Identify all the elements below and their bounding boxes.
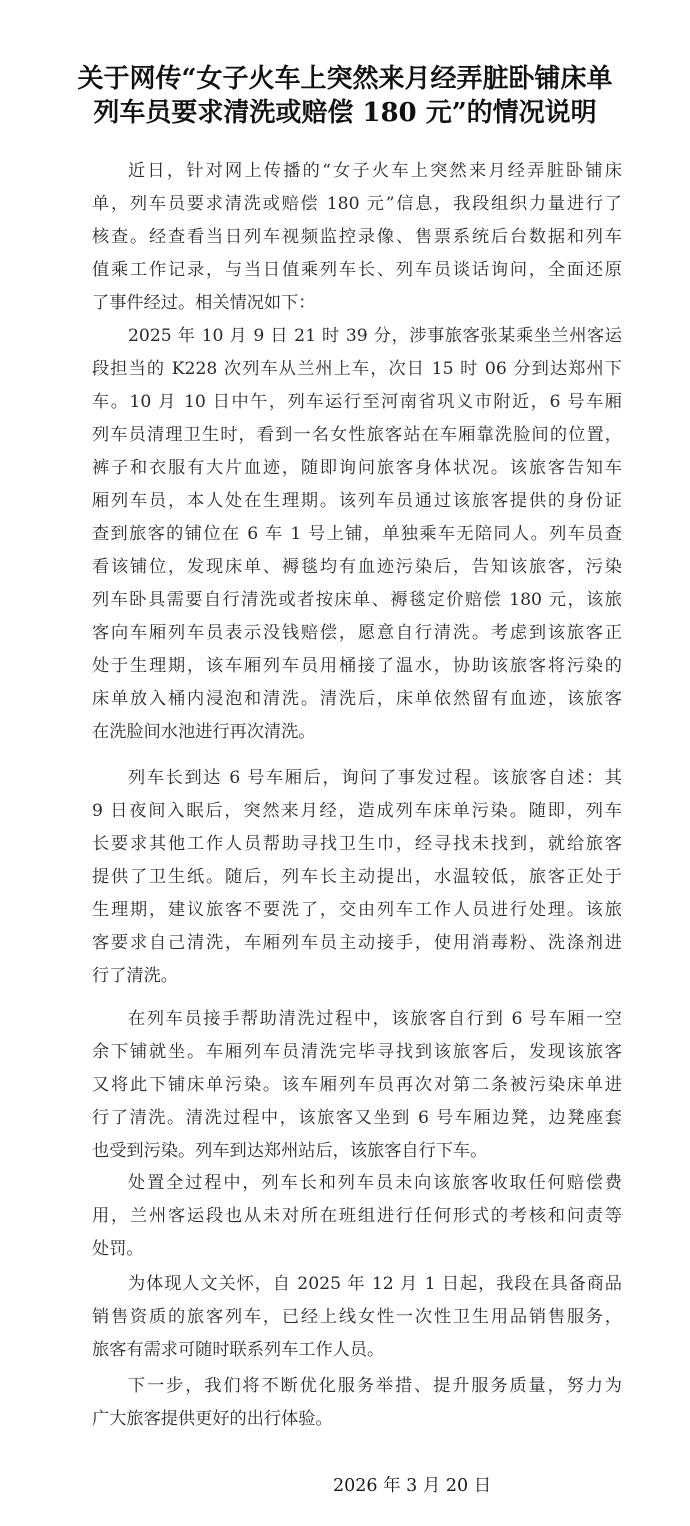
document-title-line-2: 列车员要求清洗或赔偿 180 元”的情况说明 xyxy=(0,92,690,129)
text-line: 段担当的 K228 次列车从兰州上车，次日 15 时 06 分到达郑州下 xyxy=(92,353,622,386)
text-line: 车。10 月 10 日中午，列车运行至河南省巩义市附近，6 号车厢 xyxy=(92,386,622,419)
paragraph-conductor: 列车长到达 6 号车厢后，询问了事发过程。该旅客自述：其 9 日夜间入眠后，突然… xyxy=(92,762,622,993)
text-line: 处置全过程中，列车长和列车员未向该旅客收取任何赔偿费 xyxy=(92,1167,622,1200)
text-line: 了事件经过。相关情况如下： xyxy=(92,287,622,320)
text-line: 厢列车员，本人处在生理期。该列车员通过该旅客提供的身份证 xyxy=(92,485,622,518)
text-line: 行了清洗。清洗过程中，该旅客又坐到 6 号车厢边凳，边凳座套 xyxy=(92,1102,622,1135)
text-line: 客要求自己清洗，车厢列车员主动接手，使用消毒粉、洗涤剂进 xyxy=(92,927,622,960)
text-line: 行了清洗。 xyxy=(92,960,622,993)
text-line: 广大旅客提供更好的出行体验。 xyxy=(92,1403,622,1436)
paragraph-intro: 近日，针对网上传播的“女子火车上突然来月经弄脏卧铺床 单，列车员要求清洗或赔偿 … xyxy=(92,155,622,320)
text-line: 裤子和衣服有大片血迹，随即询问旅客身体状况。该旅客告知车 xyxy=(92,452,622,485)
text-line: 下一步，我们将不断优化服务举措、提升服务质量，努力为 xyxy=(92,1370,622,1403)
text-line: 处于生理期，该车厢列车员用桶接了温水，协助该旅客将污染的 xyxy=(92,650,622,683)
paragraph-no-charge: 处置全过程中，列车长和列车员未向该旅客收取任何赔偿费 用，兰州客运段也从未对所在… xyxy=(92,1167,622,1266)
text-line: 列车卧具需要自行清洗或者按床单、褥毯定价赔偿 180 元，该旅 xyxy=(92,584,622,617)
text-line: 核查。经查看当日列车视频监控录像、售票系统后台数据和列车 xyxy=(92,221,622,254)
text-line: 2025 年 10 月 9 日 21 时 39 分，涉事旅客张某乘坐兰州客运 xyxy=(92,320,622,353)
text-line: 床单放入桶内浸泡和清洗。清洗后，床单依然留有血迹，该旅客 xyxy=(92,683,622,716)
paragraph-service: 为体现人文关怀，自 2025 年 12 月 1 日起，我段在具备商品 销售资质的… xyxy=(92,1268,622,1367)
paragraph-incident: 2025 年 10 月 9 日 21 时 39 分，涉事旅客张某乘坐兰州客运 段… xyxy=(92,320,622,749)
text-line: 长要求其他工作人员帮助寻找卫生巾，经寻找未找到，就给旅客 xyxy=(92,828,622,861)
text-line: 余下铺就坐。车厢列车员清洗完毕寻找到该旅客后，发现该旅客 xyxy=(92,1036,622,1069)
text-line: 列车员清理卫生时，看到一名女性旅客站在车厢靠洗脸间的位置， xyxy=(92,419,622,452)
text-line: 提供了卫生纸。随后，列车长主动提出，水温较低，旅客正处于 xyxy=(92,861,622,894)
document-date: 2026 年 3 月 20 日 xyxy=(333,1472,491,1497)
text-line: 处罚。 xyxy=(92,1233,622,1266)
paragraph-next-step: 下一步，我们将不断优化服务举措、提升服务质量，努力为 广大旅客提供更好的出行体验… xyxy=(92,1370,622,1436)
text-line: 也受到污染。列车到达郑州站后，该旅客自行下车。 xyxy=(92,1135,622,1168)
text-line: 生理期，建议旅客不要洗了，交由列车工作人员进行处理。该旅 xyxy=(92,894,622,927)
text-line: 销售资质的旅客列车，已经上线女性一次性卫生用品销售服务， xyxy=(92,1301,622,1334)
text-line: 在洗脸间水池进行再次清洗。 xyxy=(92,716,622,749)
text-line: 看该铺位，发现床单、褥毯均有血迹污染后，告知该旅客，污染 xyxy=(92,551,622,584)
document-title-line-1: 关于网传“女子火车上突然来月经弄脏卧铺床单 xyxy=(0,58,690,95)
paragraph-cleaning: 在列车员接手帮助清洗过程中，该旅客自行到 6 号车厢一空 余下铺就坐。车厢列车员… xyxy=(92,1003,622,1168)
text-line: 旅客有需求可随时联系列车工作人员。 xyxy=(92,1334,622,1367)
text-line: 查到旅客的铺位在 6 车 1 号上铺，单独乘车无陪同人。列车员查 xyxy=(92,518,622,551)
text-line: 在列车员接手帮助清洗过程中，该旅客自行到 6 号车厢一空 xyxy=(92,1003,622,1036)
text-line: 用，兰州客运段也从未对所在班组进行任何形式的考核和问责等 xyxy=(92,1200,622,1233)
text-line: 为体现人文关怀，自 2025 年 12 月 1 日起，我段在具备商品 xyxy=(92,1268,622,1301)
text-line: 9 日夜间入眠后，突然来月经，造成列车床单污染。随即，列车 xyxy=(92,795,622,828)
text-line: 又将此下铺床单污染。该车厢列车员再次对第二条被污染床单进 xyxy=(92,1069,622,1102)
text-line: 列车长到达 6 号车厢后，询问了事发过程。该旅客自述：其 xyxy=(92,762,622,795)
text-line: 值乘工作记录，与当日值乘列车长、列车员谈话询问，全面还原 xyxy=(92,254,622,287)
text-line: 客向车厢列车员表示没钱赔偿，愿意自行清洗。考虑到该旅客正 xyxy=(92,617,622,650)
text-line: 近日，针对网上传播的“女子火车上突然来月经弄脏卧铺床 xyxy=(92,155,622,188)
text-line: 单，列车员要求清洗或赔偿 180 元”信息，我段组织力量进行了 xyxy=(92,188,622,221)
